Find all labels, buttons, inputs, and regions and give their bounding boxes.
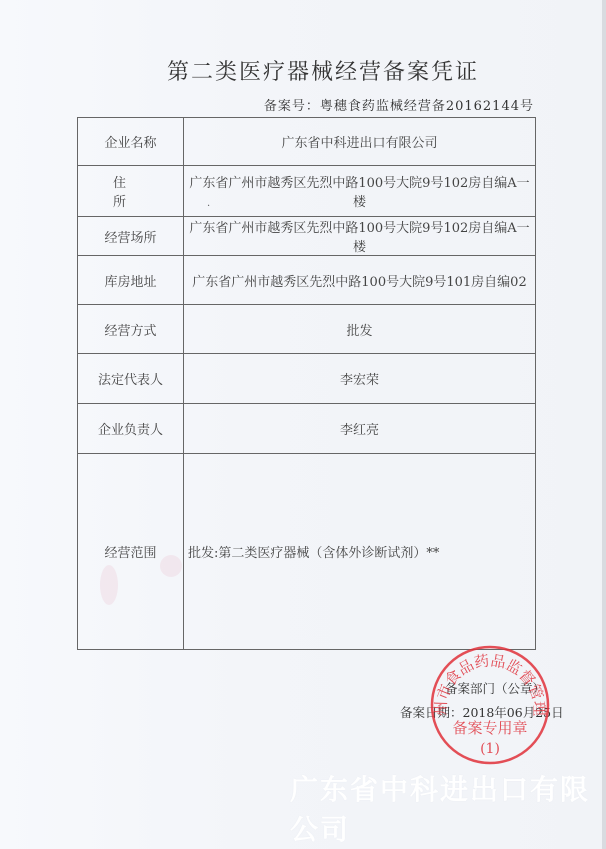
row-value: 批发:第二类医疗器械（含体外诊断试剂）** xyxy=(184,454,536,650)
row-label: 经营场所 xyxy=(78,217,184,256)
row-value-text: 广东省广州市越秀区先烈中路100号大院9号102房自编A一楼 xyxy=(189,176,529,210)
row-label: 法定代表人 xyxy=(78,354,184,404)
table-row-business-premises: 经营场所 广东省广州市越秀区先烈中路100号大院9号102房自编A一楼 xyxy=(78,217,536,256)
row-value: 广东省广州市越秀区先烈中路100号大院9号101房自编02 xyxy=(184,256,536,305)
document-page: 第二类医疗器械经营备案凭证 备案号：粤穗食药监械经营备20162144号 企业名… xyxy=(0,0,606,849)
row-value: 广东省广州市越秀区先烈中路100号大院9号102房自编A一楼 xyxy=(184,217,536,256)
document-title: 第二类医疗器械经营备案凭证 xyxy=(0,55,606,86)
row-label: 住 所 xyxy=(78,166,184,217)
row-label: 企业名称 xyxy=(78,118,184,166)
watermark: 广东省中科进出口有限公司 xyxy=(290,768,606,848)
table-row-warehouse-address: 库房地址 广东省广州市越秀区先烈中路100号大院9号101房自编02 xyxy=(78,256,536,305)
row-value: 李宏荣 xyxy=(184,354,536,404)
table-row-address: 住 所 广东省广州市越秀区先烈中路100号大院9号102房自编A一楼 · xyxy=(78,166,536,217)
table-row-business-scope: 经营范围 批发:第二类医疗器械（含体外诊断试剂）** xyxy=(78,454,536,650)
table-row-business-mode: 经营方式 批发 xyxy=(78,305,536,354)
row-value: 广东省广州市越秀区先烈中路100号大院9号102房自编A一楼 · xyxy=(184,166,536,217)
row-label: 库房地址 xyxy=(78,256,184,305)
record-table: 企业名称 广东省中科进出口有限公司 住 所 广东省广州市越秀区先烈中路100号大… xyxy=(77,117,536,650)
filing-department: 备案部门（公章） xyxy=(445,679,545,697)
row-label: 经营范围 xyxy=(78,454,184,650)
row-label: 经营方式 xyxy=(78,305,184,354)
seal-number: (1) xyxy=(480,741,500,757)
table-row-company-name: 企业名称 广东省中科进出口有限公司 xyxy=(78,118,536,166)
table-row-enterprise-head: 企业负责人 李红亮 xyxy=(78,404,536,454)
scan-edge xyxy=(602,0,606,849)
record-number: 备案号：粤穗食药监械经营备20162144号 xyxy=(264,95,534,114)
filing-date: 备案日期：2018年06月25日 xyxy=(400,703,564,721)
row-label: 企业负责人 xyxy=(78,404,184,454)
scan-mark: · xyxy=(207,201,210,212)
seal-center-text: 备案专用章 xyxy=(452,719,527,737)
table-row-legal-representative: 法定代表人 李宏荣 xyxy=(78,354,536,404)
row-value: 李红亮 xyxy=(184,404,536,454)
row-value: 广东省中科进出口有限公司 xyxy=(184,118,536,166)
row-value: 批发 xyxy=(184,305,536,354)
